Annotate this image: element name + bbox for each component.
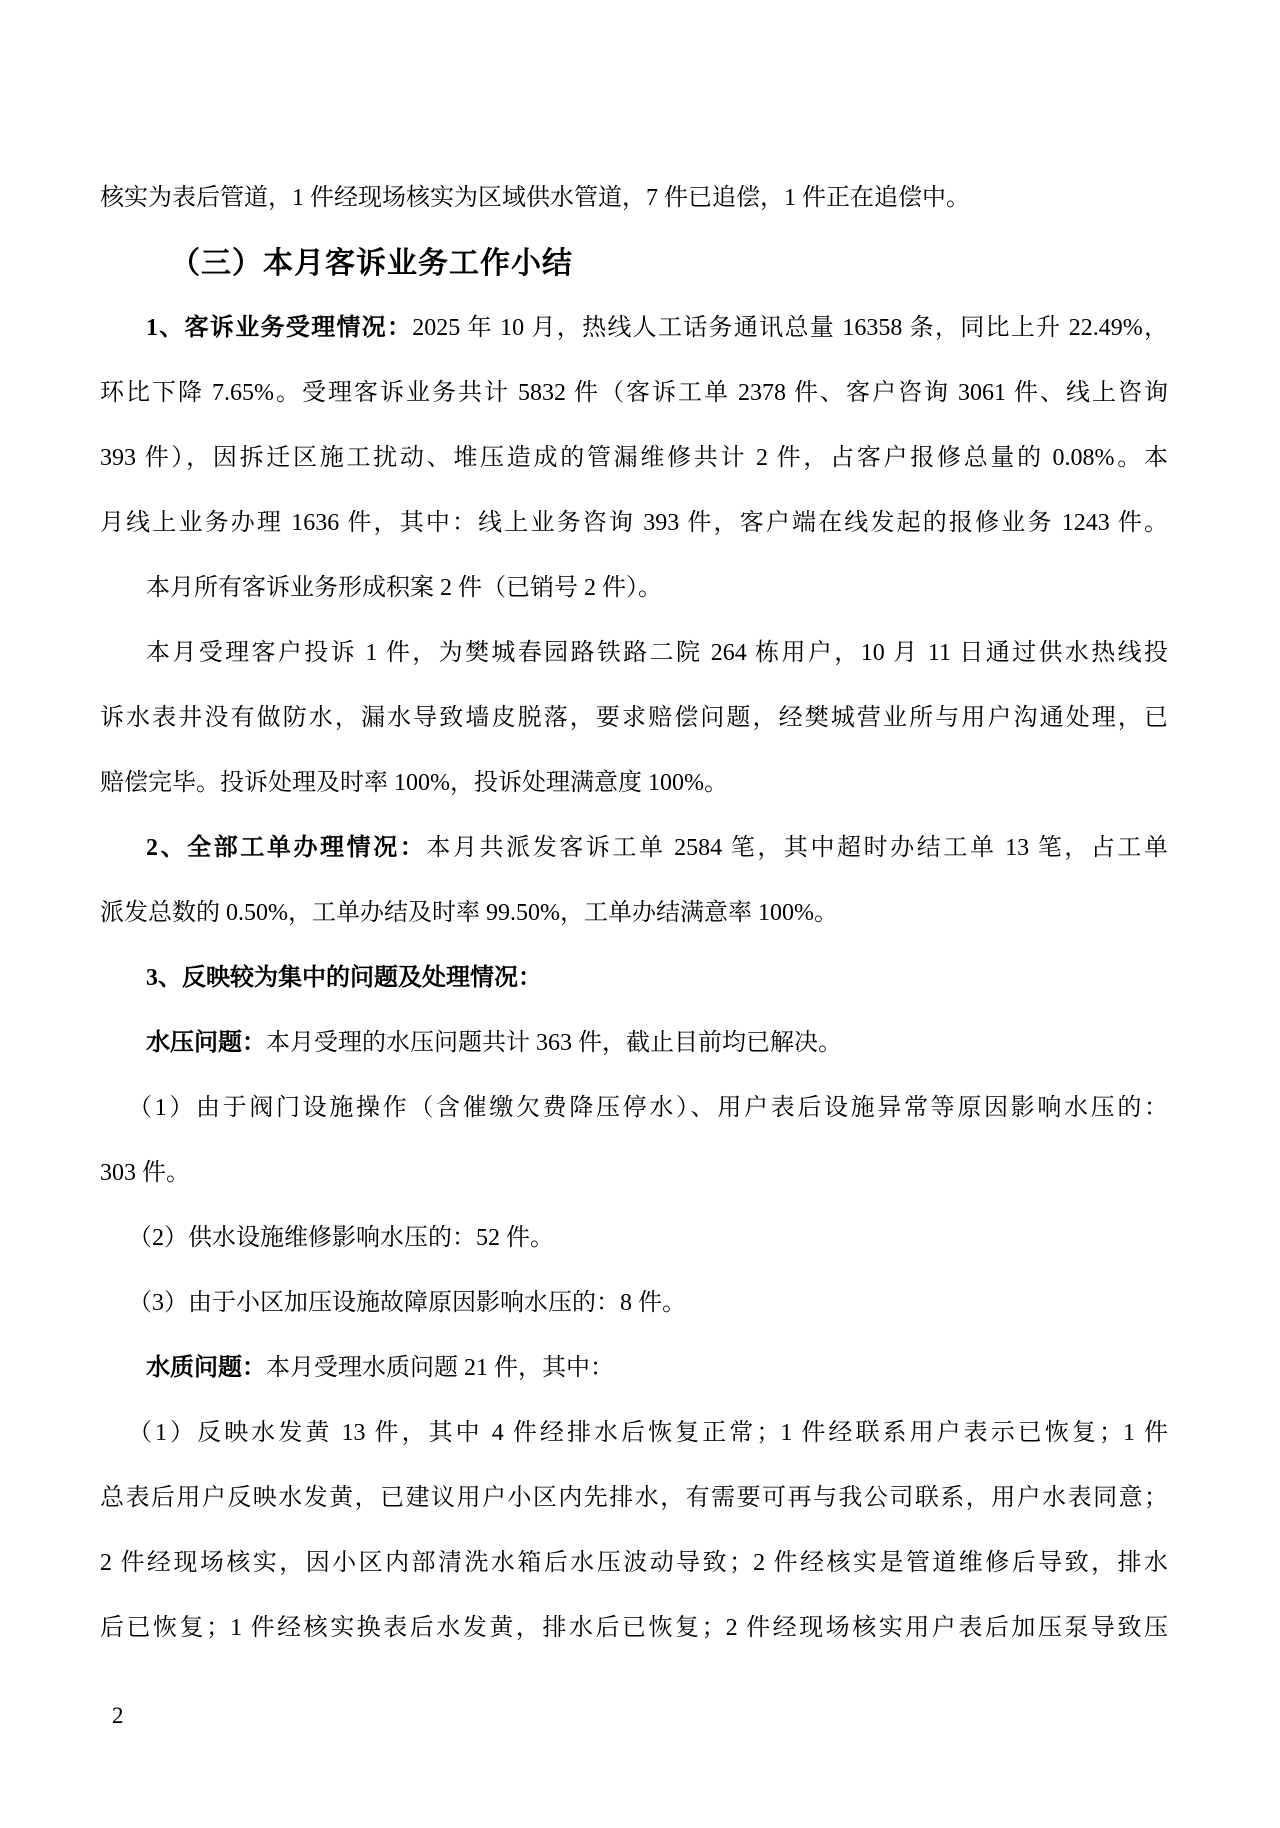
document-body: 核实为表后管道，1 件经现场核实为区域供水管道，7 件已追偿，1 件正在追偿中。… <box>100 166 1168 1661</box>
line-lead: 水压问题： <box>146 1030 266 1056</box>
line-text: 赔偿完毕。投诉处理及时率 100%，投诉处理满意度 100%。 <box>100 770 728 796</box>
text-line: 后已恢复；1 件经核实换表后水发黄，排水后已恢复；2 件经现场核实用户表后加压泵… <box>100 1596 1168 1661</box>
line-text: 诉水表井没有做防水，漏水导致墙皮脱落，要求赔偿问题，经樊城营业所与用户沟通处理，… <box>100 705 1168 731</box>
line-text: （1）反映水发黄 13 件，其中 4 件经排水后恢复正常；1 件经联系用户表示已… <box>128 1420 1168 1446</box>
text-line: 393 件），因拆迁区施工扰动、堆压造成的管漏维修共计 2 件，占客户报修总量的… <box>100 426 1168 491</box>
text-line: 2 件经现场核实，因小区内部清洗水箱后水压波动导致；2 件经核实是管道维修后导致… <box>100 1531 1168 1596</box>
line-text: （2）供水设施维修影响水压的：52 件。 <box>128 1225 554 1251</box>
line-text: 本月受理客户投诉 1 件，为樊城春园路铁路二院 264 栋用户，10 月 11 … <box>146 640 1168 666</box>
line-text: 303 件。 <box>100 1160 190 1186</box>
line-lead: 2、全部工单办理情况： <box>146 835 426 861</box>
text-line: 环比下降 7.65%。受理客诉业务共计 5832 件（客诉工单 2378 件、客… <box>100 361 1168 426</box>
section-heading: （三）本月客诉业务工作小结 <box>100 231 1168 296</box>
line-text: （1）由于阀门设施操作（含催缴欠费降压停水）、用户表后设施异常等原因影响水压的： <box>128 1095 1168 1121</box>
line-text: 核实为表后管道，1 件经现场核实为区域供水管道，7 件已追偿，1 件正在追偿中。 <box>100 185 970 211</box>
document-page: 核实为表后管道，1 件经现场核实为区域供水管道，7 件已追偿，1 件正在追偿中。… <box>0 0 1280 1828</box>
line-lead: 3、反映较为集中的问题及处理情况： <box>146 965 542 991</box>
text-line: 本月所有客诉业务形成积案 2 件（已销号 2 件）。 <box>100 556 1168 621</box>
line-text: 本月所有客诉业务形成积案 2 件（已销号 2 件）。 <box>146 575 662 601</box>
text-line: （2）供水设施维修影响水压的：52 件。 <box>100 1206 1168 1271</box>
line-text: 本月受理水质问题 21 件，其中： <box>266 1355 614 1381</box>
text-line: 水压问题：本月受理的水压问题共计 363 件，截止目前均已解决。 <box>100 1011 1168 1076</box>
text-line: 总表后用户反映水发黄，已建议用户小区内先排水，有需要可再与我公司联系，用户水表同… <box>100 1466 1168 1531</box>
line-lead: 1、客诉业务受理情况： <box>146 315 412 341</box>
line-text: 393 件），因拆迁区施工扰动、堆压造成的管漏维修共计 2 件，占客户报修总量的… <box>100 445 1168 471</box>
page-number: 2 <box>112 1701 124 1731</box>
text-line: 赔偿完毕。投诉处理及时率 100%，投诉处理满意度 100%。 <box>100 751 1168 816</box>
line-lead: 水质问题： <box>146 1355 266 1381</box>
text-line: （1）反映水发黄 13 件，其中 4 件经排水后恢复正常；1 件经联系用户表示已… <box>100 1401 1168 1466</box>
text-line: 本月受理客户投诉 1 件，为樊城春园路铁路二院 264 栋用户，10 月 11 … <box>100 621 1168 686</box>
text-line: 月线上业务办理 1636 件，其中：线上业务咨询 393 件，客户端在线发起的报… <box>100 491 1168 556</box>
line-text: 派发总数的 0.50%，工单办结及时率 99.50%，工单办结满意率 100%。 <box>100 900 838 926</box>
text-line: 水质问题：本月受理水质问题 21 件，其中： <box>100 1336 1168 1401</box>
text-line: 2、全部工单办理情况：本月共派发客诉工单 2584 笔，其中超时办结工单 13 … <box>100 816 1168 881</box>
line-text: 总表后用户反映水发黄，已建议用户小区内先排水，有需要可再与我公司联系，用户水表同… <box>100 1485 1168 1511</box>
line-text: 本月共派发客诉工单 2584 笔，其中超时办结工单 13 笔，占工单 <box>426 835 1168 861</box>
section-heading-text: （三）本月客诉业务工作小结 <box>170 247 573 280</box>
text-line: （3）由于小区加压设施故障原因影响水压的：8 件。 <box>100 1271 1168 1336</box>
line-text: 月线上业务办理 1636 件，其中：线上业务咨询 393 件，客户端在线发起的报… <box>100 510 1168 536</box>
text-line: 核实为表后管道，1 件经现场核实为区域供水管道，7 件已追偿，1 件正在追偿中。 <box>100 166 1168 231</box>
text-line: 3、反映较为集中的问题及处理情况： <box>100 946 1168 1011</box>
text-line: （1）由于阀门设施操作（含催缴欠费降压停水）、用户表后设施异常等原因影响水压的： <box>100 1076 1168 1141</box>
line-text: 本月受理的水压问题共计 363 件，截止目前均已解决。 <box>266 1030 842 1056</box>
line-text: 2 件经现场核实，因小区内部清洗水箱后水压波动导致；2 件经核实是管道维修后导致… <box>100 1550 1168 1576</box>
text-line: 派发总数的 0.50%，工单办结及时率 99.50%，工单办结满意率 100%。 <box>100 881 1168 946</box>
line-text: 后已恢复；1 件经核实换表后水发黄，排水后已恢复；2 件经现场核实用户表后加压泵… <box>100 1615 1168 1641</box>
line-text: （3）由于小区加压设施故障原因影响水压的：8 件。 <box>128 1290 686 1316</box>
text-line: 诉水表井没有做防水，漏水导致墙皮脱落，要求赔偿问题，经樊城营业所与用户沟通处理，… <box>100 686 1168 751</box>
text-line: 303 件。 <box>100 1141 1168 1206</box>
line-text: 环比下降 7.65%。受理客诉业务共计 5832 件（客诉工单 2378 件、客… <box>100 380 1168 406</box>
line-text: 2025 年 10 月，热线人工话务通讯总量 16358 条，同比上升 22.4… <box>412 315 1168 341</box>
text-line: 1、客诉业务受理情况：2025 年 10 月，热线人工话务通讯总量 16358 … <box>100 296 1168 361</box>
